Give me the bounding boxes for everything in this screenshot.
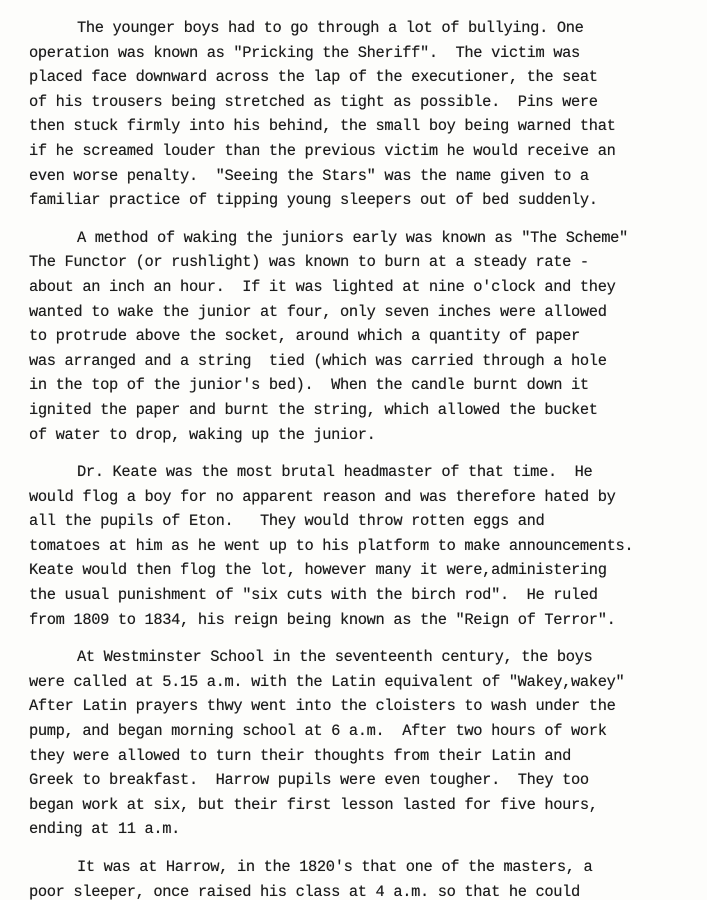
text-line: Keate would then flog the lot, however m… [29, 558, 687, 583]
text-line: were called at 5.15 a.m. with the Latin … [29, 670, 687, 695]
text-line: about an inch an hour. If it was lighted… [29, 275, 687, 300]
text-line: After Latin prayers thwy went into the c… [29, 694, 687, 719]
text-line: the usual punishment of "six cuts with t… [29, 583, 687, 608]
text-line: even worse penalty. "Seeing the Stars" w… [29, 164, 687, 189]
text-line: then stuck firmly into his behind, the s… [29, 114, 687, 139]
text-line: they were allowed to turn their thoughts… [29, 744, 687, 769]
text-line: if he screamed louder than the previous … [29, 139, 687, 164]
text-line: in the top of the junior's bed). When th… [29, 373, 687, 398]
text-line: It was at Harrow, in the 1820's that one… [29, 855, 687, 880]
text-line: ending at 11 a.m. [29, 817, 687, 842]
text-line: Greek to breakfast. Harrow pupils were e… [29, 768, 687, 793]
text-line: placed face downward across the lap of t… [29, 65, 687, 90]
paragraph-dr-keate: Dr. Keate was the most brutal headmaster… [29, 460, 687, 632]
paragraph-westminster: At Westminster School in the seventeenth… [29, 645, 687, 842]
text-line: operation was known as "Pricking the She… [29, 41, 687, 66]
text-line: The Functor (or rushlight) was known to … [29, 250, 687, 275]
text-line: to protrude above the socket, around whi… [29, 324, 687, 349]
paragraph-bullying: The younger boys had to go through a lot… [29, 16, 687, 213]
text-line: familiar practice of tipping young sleep… [29, 188, 687, 213]
text-line: Dr. Keate was the most brutal headmaster… [29, 460, 687, 485]
text-line: of his trousers being stretched as tight… [29, 90, 687, 115]
text-line: all the pupils of Eton. They would throw… [29, 509, 687, 534]
text-line: from 1809 to 1834, his reign being known… [29, 608, 687, 633]
text-line: would flog a boy for no apparent reason … [29, 485, 687, 510]
paragraph-harrow: It was at Harrow, in the 1820's that one… [29, 855, 687, 900]
text-line: tomatoes at him as he went up to his pla… [29, 534, 687, 559]
text-line: pump, and began morning school at 6 a.m.… [29, 719, 687, 744]
text-line: At Westminster School in the seventeenth… [29, 645, 687, 670]
text-line: wanted to wake the junior at four, only … [29, 300, 687, 325]
text-line: ignited the paper and burnt the string, … [29, 398, 687, 423]
text-line: began work at six, but their first lesso… [29, 793, 687, 818]
text-line: was arranged and a string tied (which wa… [29, 349, 687, 374]
text-line: A method of waking the juniors early was… [29, 226, 687, 251]
paragraph-the-scheme: A method of waking the juniors early was… [29, 226, 687, 447]
text-line: of water to drop, waking up the junior. [29, 423, 687, 448]
text-line: poor sleeper, once raised his class at 4… [29, 880, 687, 900]
text-line: The younger boys had to go through a lot… [29, 16, 687, 41]
typewritten-page: The younger boys had to go through a lot… [0, 0, 707, 900]
